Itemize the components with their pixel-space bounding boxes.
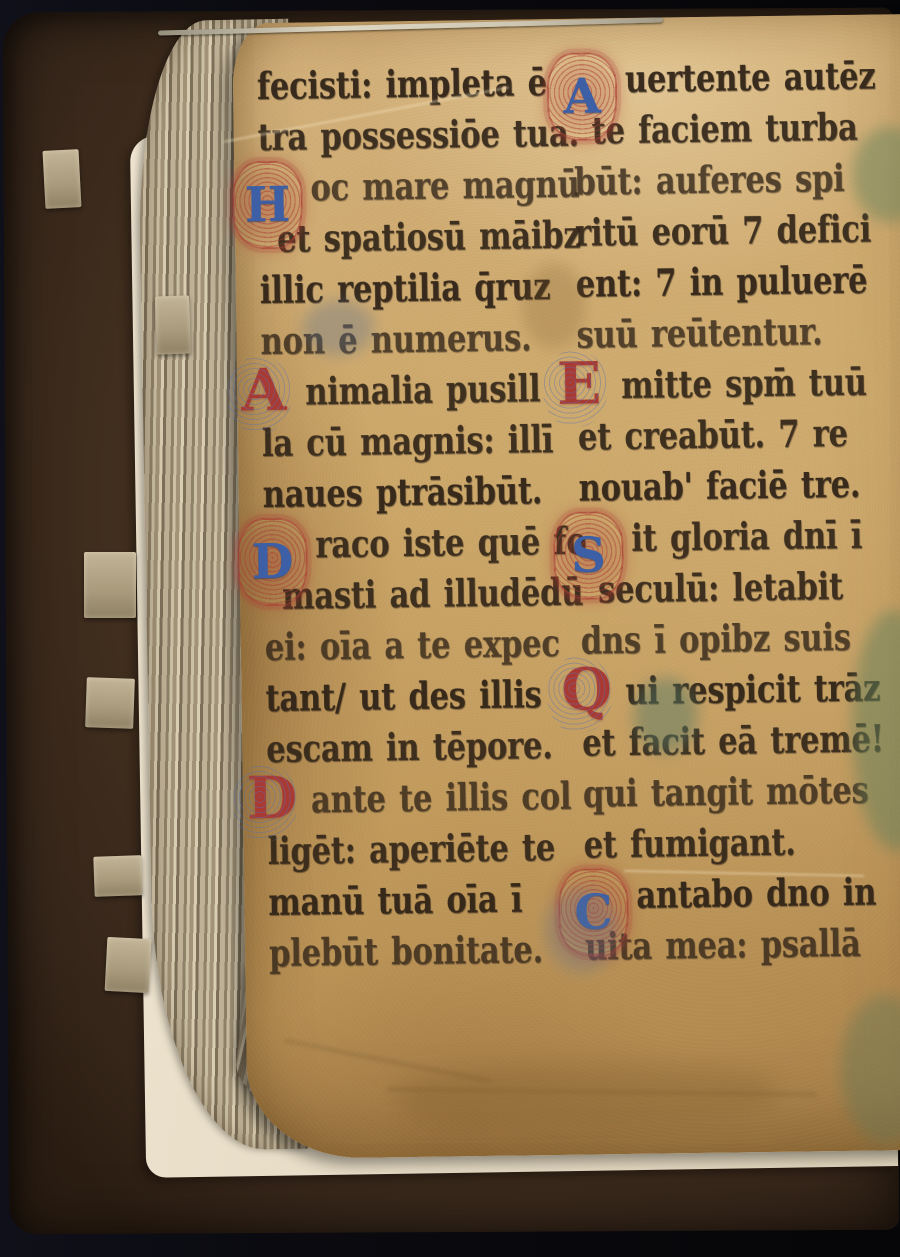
stain-brown — [521, 263, 586, 350]
text-line: Auertente autēz — [573, 54, 900, 110]
illuminated-initial-D: D — [237, 517, 308, 606]
line-text: ritū eorū 7 defici — [575, 208, 872, 256]
text-line: te faciem turba — [573, 105, 900, 161]
text-line: illic reptilia q̄ruz — [259, 265, 560, 320]
line-text: te faciem turba — [591, 106, 858, 154]
text-line: manū tuā oīa ī — [268, 877, 569, 932]
illuminated-initial-S: S — [553, 511, 624, 600]
text-column-left: fecisti: impleta ētra possessiōe tua.Hoc… — [257, 61, 570, 983]
line-text: suū reūtentur. — [576, 310, 823, 357]
illuminated-initial-A: A — [547, 52, 618, 141]
line-text: la cū magnis: illī — [262, 418, 554, 466]
parchment-tab — [155, 295, 191, 354]
text-line: ent: 7 in puluerē — [575, 258, 900, 314]
text-line: plebūt bonitate. — [269, 928, 570, 983]
text-line: suū reūtentur. — [576, 309, 900, 365]
line-text: fecisti: impleta ē — [257, 61, 547, 109]
line-text: escam in tēpore. — [266, 724, 553, 772]
text-column-right: Auertente autēzte faciem turbabūt: aufer… — [573, 54, 900, 976]
text-line: escam in tēpore. — [266, 724, 567, 779]
photo-background: fecisti: impleta ētra possessiōe tua.Hoc… — [0, 0, 900, 1257]
text-line: Cantabo dno in — [584, 870, 900, 926]
line-text: et creabūt. 7 re — [578, 412, 848, 460]
line-text: naues ptrāsibūt. — [262, 469, 542, 517]
line-text: et spatiosū māibz — [277, 214, 581, 262]
illuminated-initial-A: A — [241, 361, 287, 420]
line-text: ent: 7 in puluerē — [575, 259, 867, 307]
line-text: oc mare magnū — [310, 163, 580, 211]
stain-brown — [397, 1060, 778, 1129]
text-line: nouab' faciē tre. — [578, 462, 900, 518]
text-line: la cū magnis: illī — [262, 418, 563, 473]
line-text: mitte spm̄ tuū — [621, 361, 867, 408]
parchment-tab — [84, 552, 136, 618]
parchment-tab — [105, 937, 152, 993]
text-line: būt: auferes spi — [574, 156, 900, 212]
text-line: dns ī opibz suis — [580, 615, 900, 671]
line-text: manū tuā oīa ī — [268, 877, 522, 924]
text-line: Dante te illis col — [267, 775, 568, 830]
line-text: nouab' faciē tre. — [578, 463, 860, 511]
line-text: ante te illis col — [311, 775, 572, 823]
parchment-tab — [85, 677, 135, 729]
line-text: tant/ ut des illis — [265, 673, 542, 721]
text-line: Draco iste quē fo — [263, 520, 564, 575]
line-text: ei: oīa a te expec — [264, 622, 559, 670]
text-line: tra possessiōe tua. — [257, 112, 558, 167]
text-line: seculū: letabit — [580, 564, 900, 620]
text-line: ritū eorū 7 defici — [575, 207, 900, 263]
text-line: Emitte spm̄ tuū — [577, 360, 900, 416]
text-line: et spatiosū māibz — [259, 214, 560, 269]
text-line: naues ptrāsibūt. — [262, 469, 563, 524]
illuminated-initial-Q: Q — [561, 660, 612, 719]
text-line: masti ad illudēdū — [264, 571, 565, 626]
text-line: uita mea: psallā — [585, 921, 900, 977]
line-text: dns ī opibz suis — [580, 616, 851, 664]
text-line: et creabūt. 7 re — [578, 411, 900, 467]
line-text: et facit eā tremē! — [582, 717, 884, 765]
line-text: uertente autēz — [625, 54, 876, 101]
line-text: raco iste quē fo — [315, 520, 587, 568]
line-text: it gloria dnī ī — [631, 514, 862, 561]
text-line: qui tangit mōtes — [583, 768, 900, 824]
text-line: Sit gloria dnī ī — [579, 513, 900, 569]
illuminated-initial-E: E — [557, 354, 602, 413]
text-line: ligēt: aperiēte te — [267, 826, 568, 881]
line-text: et fumigant. — [583, 821, 796, 868]
line-text: qui tangit mōtes — [583, 769, 869, 817]
illuminated-initial-H: H — [232, 160, 303, 249]
line-text: non ē numerus. — [260, 316, 531, 364]
text-line: Animalia pusill — [261, 367, 562, 422]
text-line: Hoc mare magnū — [258, 163, 559, 218]
line-text: plebūt bonitate. — [269, 928, 543, 976]
line-text: seculū: letabit — [598, 565, 843, 612]
line-text: tra possessiōe tua. — [257, 112, 579, 160]
line-text: masti ad illudēdū — [282, 571, 584, 619]
line-text: nimalia pusill — [305, 367, 541, 414]
vellum-manuscript-page: fecisti: impleta ētra possessiōe tua.Hoc… — [232, 14, 900, 1159]
text-line: et fumigant. — [583, 819, 900, 875]
line-text: antabo dno in — [636, 871, 876, 918]
line-text: ligēt: aperiēte te — [267, 826, 555, 874]
line-text: illic reptilia q̄ruz — [259, 265, 550, 313]
parchment-tab — [43, 149, 82, 209]
parchment-tab — [93, 855, 142, 897]
line-text: būt: auferes spi — [574, 157, 845, 205]
text-line: ei: oīa a te expec — [264, 622, 565, 677]
text-line: tant/ ut des illis — [265, 673, 566, 728]
illuminated-initial-D: D — [246, 769, 297, 828]
